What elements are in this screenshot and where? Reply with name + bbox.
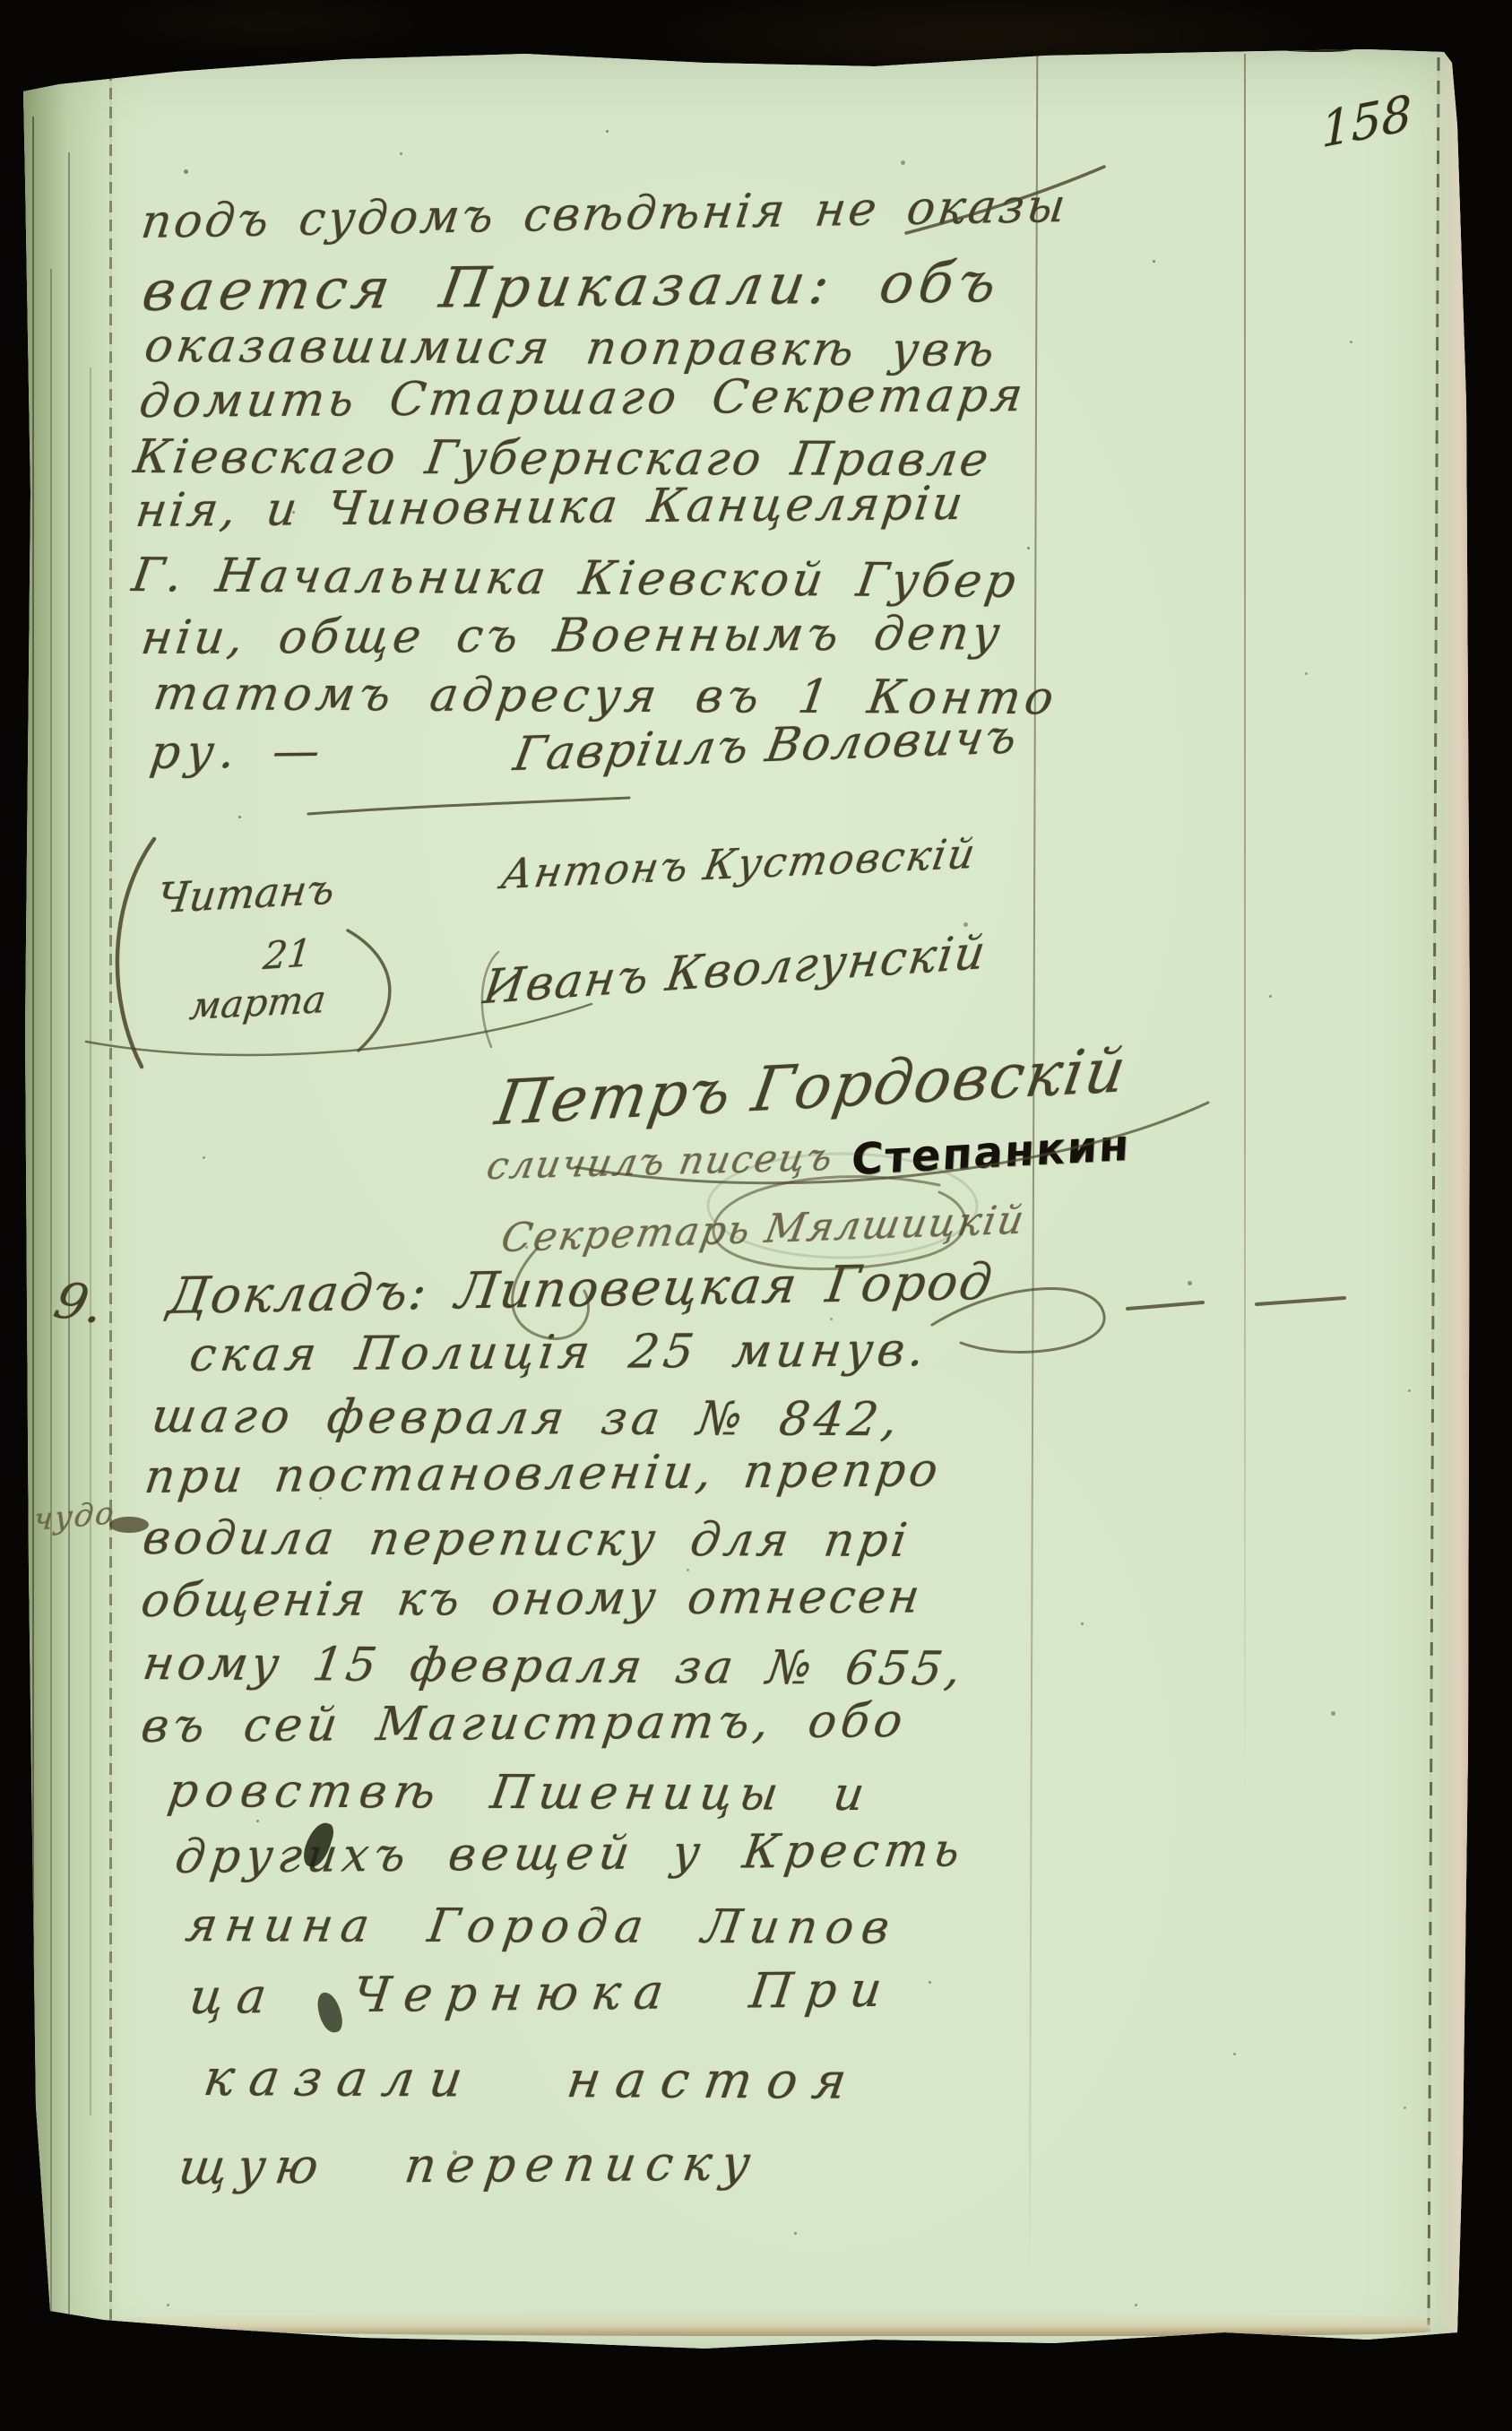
- gutter-crease: [50, 269, 52, 2349]
- body-line: ца Чернюка При: [186, 1961, 899, 2025]
- body-line: ніи, обще съ Военнымъ депу: [138, 607, 1007, 665]
- body-line: ская Полиція 25 минув.: [186, 1323, 932, 1382]
- top-edge-debris: [754, 48, 915, 62]
- ruled-line-page-edge: [1427, 57, 1439, 2325]
- body-line: оказавшимися поправкѣ увѣ: [142, 319, 1002, 377]
- top-edge-debris: [951, 45, 1014, 56]
- collation-name-stamp: Степанкин: [851, 1120, 1132, 1186]
- body-line: вается Приказали: объ: [138, 249, 1007, 324]
- top-edge-debris: [1274, 43, 1354, 52]
- body-line: Докладъ: Липовецкая Город: [164, 1253, 997, 1326]
- manuscript-page: 158 подъ судомъ свѣдѣнія не оказы вается…: [23, 45, 1473, 2381]
- flourish-dash-1: [1128, 1302, 1203, 1309]
- signature-secretary: Секретарь Мялшицкій: [497, 1197, 1029, 1261]
- flourish-ru-dash: [308, 798, 629, 814]
- margin-read-note-day: 21: [261, 930, 314, 978]
- archival-scan-background: 158 подъ судомъ свѣдѣнія не оказы вается…: [0, 0, 1512, 2431]
- body-line: другихъ вещей у Кресть: [172, 1823, 968, 1884]
- page-number: 158: [1320, 84, 1412, 160]
- margin-ink-smear: [109, 1517, 149, 1533]
- body-line: казали настоя: [200, 2049, 865, 2111]
- body-line: домить Старшаго Секретаря: [136, 368, 1029, 428]
- bottom-torn-edge: [68, 2313, 1430, 2336]
- top-edge-debris: [1103, 40, 1202, 54]
- body-line: щую переписку: [176, 2134, 764, 2195]
- body-line: янина Города Липов: [183, 1899, 901, 1955]
- body-line: ровствѣ Пшеницы и: [165, 1764, 875, 1821]
- ruled-line-right: [1244, 54, 1246, 1811]
- body-line: шаго февраля за № 842,: [149, 1389, 906, 1447]
- page-edge-highlight: [1439, 52, 1470, 2334]
- book-gutter: [23, 45, 122, 2349]
- body-line: подъ судомъ свѣдѣнія не оказы: [138, 179, 1071, 249]
- collation-note: сличилъ писецъ: [483, 1135, 837, 1188]
- signature-official-3: Иванъ Кволгунскій: [480, 925, 990, 1015]
- flourish-bracket-close: [348, 930, 390, 1051]
- margin-read-note-month: марта: [187, 977, 328, 1028]
- gutter-crease: [90, 368, 91, 2115]
- signature-official-4: Петръ Гордовскій: [491, 1035, 1133, 1140]
- body-line: водила переписку для прі: [140, 1511, 914, 1568]
- body-line: при постановленіи, препро: [142, 1443, 945, 1504]
- flourish-bracket-open: [117, 839, 154, 1067]
- gutter-crease: [32, 117, 34, 2340]
- flourish-dash-2: [1257, 1298, 1344, 1304]
- body-line: общенія къ оному отнесен: [138, 1570, 926, 1628]
- body-line: ру. —: [147, 724, 329, 780]
- body-line: въ сей Магистратъ, обо: [138, 1694, 910, 1753]
- body-line: ному 15 февраля за № 655,: [140, 1637, 968, 1696]
- paper-specks: [23, 45, 26, 48]
- margin-read-note-word: Читанъ: [155, 864, 338, 922]
- signature-official-2: Антонъ Кустовскій: [497, 829, 980, 899]
- body-line: Г. Начальника Кіевской Губер: [129, 549, 1024, 609]
- body-line: нія, и Чиновника Канцеляріи: [133, 477, 969, 538]
- margin-side-word: чудо: [32, 1495, 117, 1538]
